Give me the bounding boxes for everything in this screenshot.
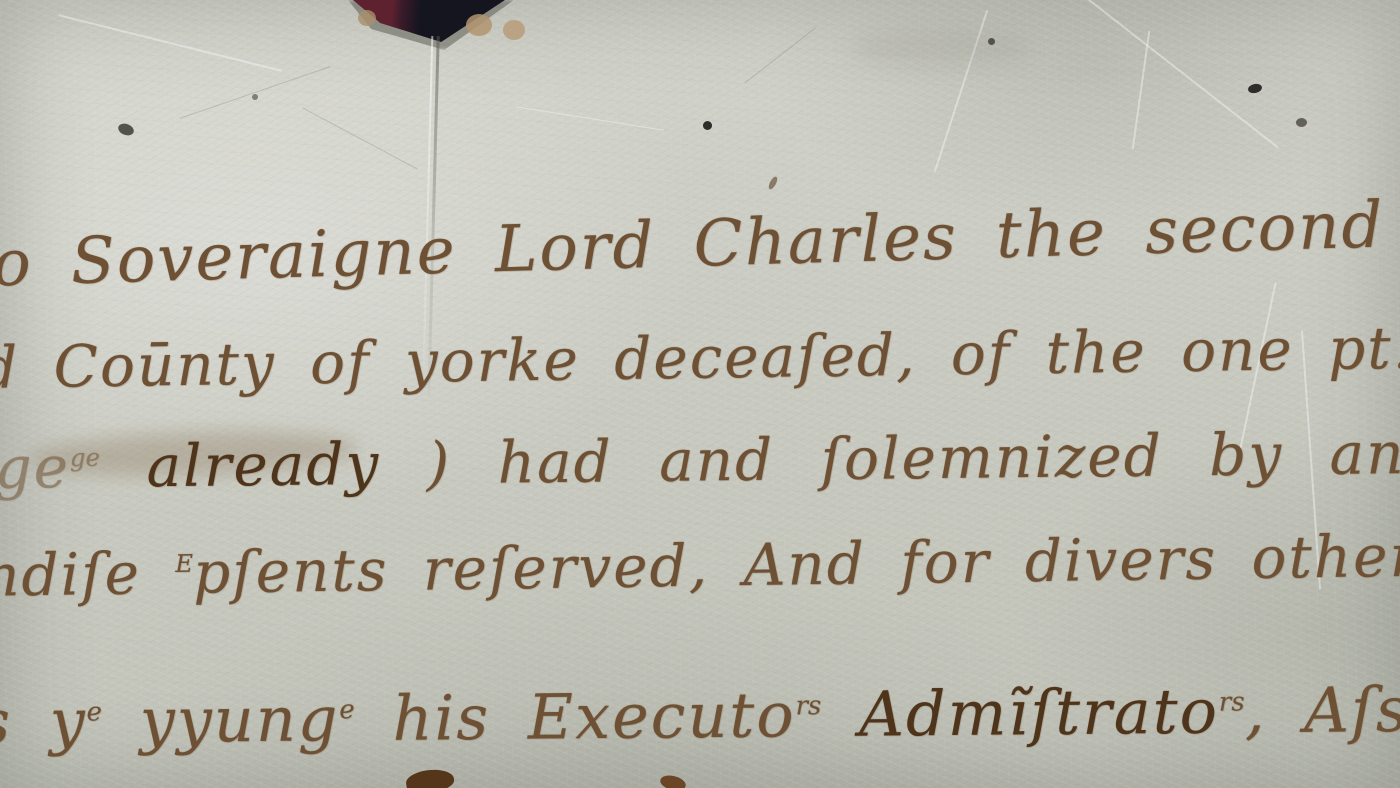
crease-line bbox=[1132, 30, 1151, 149]
text-segment: pſents reſerved, And for divers other go… bbox=[193, 514, 1400, 607]
text-segment: s y bbox=[0, 685, 87, 759]
superscript-abbreviation: rs bbox=[1219, 687, 1245, 717]
superscript-abbreviation: E bbox=[175, 549, 193, 578]
ink-speck bbox=[703, 121, 712, 130]
ink-speck bbox=[117, 122, 136, 138]
text-segment: ſo Soveraigne Lord Charles the second by… bbox=[0, 164, 1400, 302]
cropped-letter-fragment bbox=[659, 773, 688, 788]
manuscript-line-4: ndiſe Epſents reſerved, And for divers o… bbox=[0, 514, 1400, 610]
manuscript-line-2: d Coūnty of yorke deceaſed, of the one p… bbox=[0, 306, 1400, 402]
faint-stain bbox=[850, 30, 1030, 66]
text-segment: yyung bbox=[102, 682, 340, 757]
superscript-abbreviation: rs bbox=[795, 691, 821, 721]
ink-speck bbox=[252, 94, 258, 100]
superscript-abbreviation: e bbox=[86, 697, 102, 727]
stain-spot bbox=[503, 20, 525, 40]
cropped-letter-fragment bbox=[405, 767, 456, 788]
crease-line bbox=[516, 106, 664, 130]
manuscript-line-5: s ye yyunge his Executors Admĩſtrators, … bbox=[0, 640, 1400, 766]
crease-line bbox=[1081, 0, 1279, 149]
text-segment: d Coūnty of yorke deceaſed, of the one p… bbox=[0, 306, 1400, 402]
ink-speck bbox=[767, 175, 779, 190]
crease-line bbox=[744, 27, 816, 83]
text-segment: ) had and ſolemnized by and betweene th bbox=[380, 414, 1400, 498]
text-segment: ndiſe bbox=[0, 539, 176, 610]
crease-line bbox=[58, 14, 282, 72]
text-segment: ıge bbox=[0, 433, 70, 502]
ink-speck bbox=[1247, 83, 1263, 95]
crease-line bbox=[302, 108, 417, 170]
superscript-abbreviation: ge bbox=[70, 443, 100, 472]
text-segment: , Aſsignes bbox=[1244, 671, 1400, 747]
crease-line bbox=[179, 66, 331, 119]
superscript-abbreviation: e bbox=[339, 695, 355, 725]
manuscript-photo: ſo Soveraigne Lord Charles the second by… bbox=[0, 0, 1400, 788]
text-segment: his Executo bbox=[354, 678, 795, 755]
manuscript-line-1: ſo Soveraigne Lord Charles the second by… bbox=[0, 164, 1400, 302]
manuscript-line-3: ıgege already ) had and ſolemnized by an… bbox=[0, 414, 1400, 502]
text-segment: Admĩſtrato bbox=[821, 675, 1219, 751]
ink-speck bbox=[1296, 118, 1307, 127]
text-segment: already bbox=[100, 430, 381, 501]
